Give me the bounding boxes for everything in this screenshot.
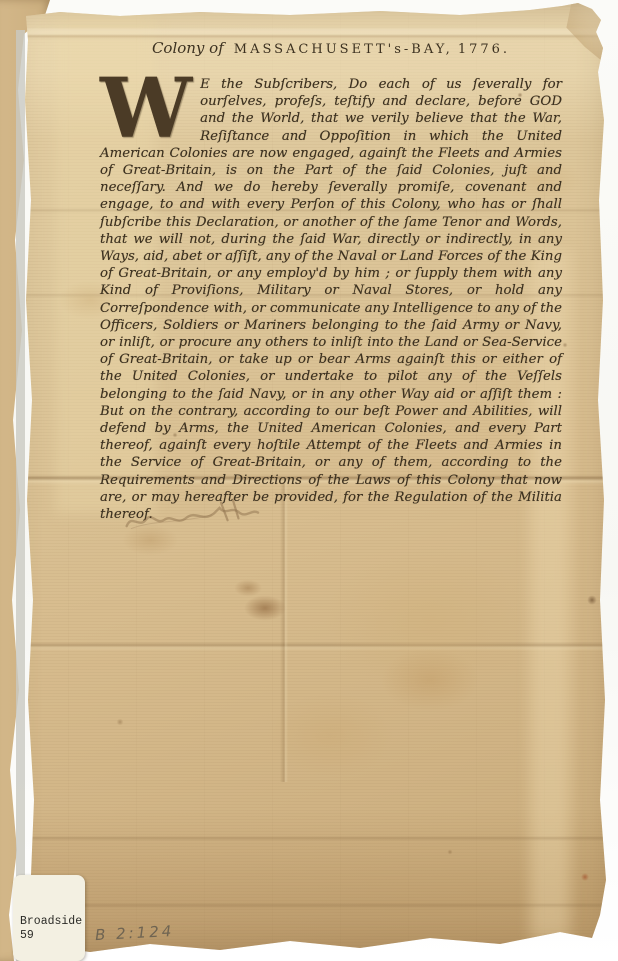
document-title: Colony ofMASSACHUSETT's-BAY, 1776.	[100, 38, 562, 57]
title-year: 1776.	[458, 42, 510, 57]
title-colony-of: Colony of	[152, 39, 224, 57]
declaration-text-block: WE the Subſcribers, Do each of us ſevera…	[100, 76, 562, 523]
scanned-broadside-page: Colony ofMASSACHUSETT's-BAY, 1776. WE th…	[0, 0, 618, 961]
backing-gap	[16, 30, 25, 961]
title-colony-name: MASSACHUSETT's-BAY,	[234, 42, 453, 57]
label-text-broadside: Broadside	[20, 915, 85, 929]
broadside-paper: Colony ofMASSACHUSETT's-BAY, 1776. WE th…	[0, 0, 618, 961]
catalog-label: Broadside 59	[13, 875, 85, 961]
label-text-number: 59	[20, 929, 85, 943]
dropcap-w: W	[100, 76, 200, 140]
